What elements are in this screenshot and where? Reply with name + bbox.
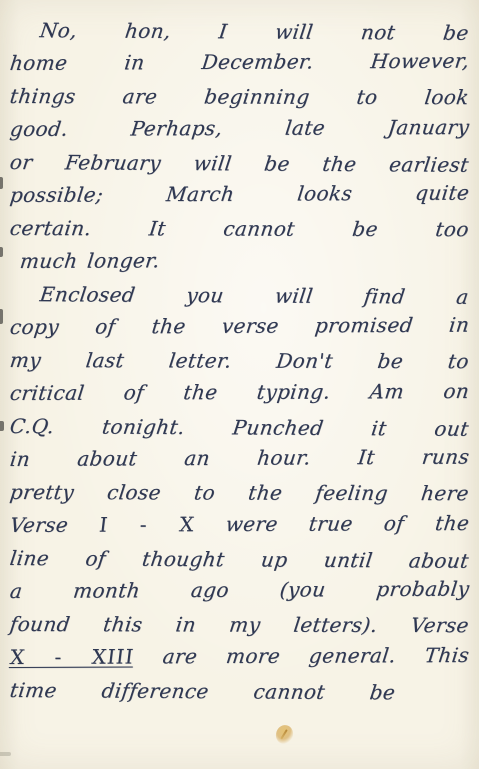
handwriting-text: home in December. However, (9, 49, 471, 75)
scan-edge-artifact (0, 247, 3, 257)
verse-range-underlined: X - XIII (9, 644, 136, 669)
handwriting-line: a month ago (you probably (8, 573, 471, 608)
scan-edge-artifact (0, 752, 11, 756)
handwriting-line: home in December. However, (8, 45, 471, 80)
stain-mark (273, 723, 295, 746)
verse-range: I - X (98, 512, 196, 536)
handwriting-text: a month ago (you probably (9, 577, 471, 603)
handwriting-text: my last letter. Don't be to (9, 348, 471, 373)
handwriting-line: my last letter. Don't be to (8, 344, 471, 378)
handwriting-text: found this in my letters). Verse (9, 612, 471, 637)
letter-page: No, hon, I will not be home in December.… (0, 0, 479, 769)
scan-edge-artifact (0, 421, 4, 431)
handwriting-text: time difference cannot be (9, 678, 397, 704)
handwriting-line: time difference cannot be (8, 674, 398, 709)
handwriting-line: critical of the typing. Am on (8, 375, 471, 410)
handwriting-text: are more general. This (133, 643, 471, 668)
handwriting-line: Verse I - X were true of the (8, 507, 471, 542)
handwriting-text: in about an hour. It runs (9, 445, 471, 471)
handwriting-text: C.Q. tonight. Punched it out (9, 414, 471, 441)
handwriting-line: certain. It cannot be too (8, 212, 471, 246)
handwriting-text: possible; March looks quite (9, 181, 471, 207)
handwriting-line: good. Perhaps, late January (8, 111, 471, 146)
handwriting-text: Enclosed you will find a (38, 282, 470, 309)
handwriting-text: line of thought up until about (9, 546, 471, 573)
handwriting-line: X - XIII are more general. This (8, 639, 471, 674)
scan-edge-artifact (0, 309, 3, 324)
handwriting-text: pretty close to the feeling here (9, 480, 471, 505)
handwriting-line: copy of the verse promised in (8, 309, 471, 344)
handwriting-line: found this in my letters). Verse (8, 608, 471, 642)
handwriting-text: copy of the verse promised in (9, 313, 471, 339)
handwriting-text: much longer. (19, 248, 162, 273)
scan-edge-artifact (0, 177, 3, 189)
handwriting-text: critical of the typing. Am on (9, 379, 471, 405)
handwriting-text: or February will be the earliest (9, 150, 471, 177)
handwriting-text: things are beginning to look (9, 84, 471, 109)
handwriting-text: Verse (9, 513, 101, 537)
handwriting-text: were true of the (193, 511, 470, 536)
handwriting-text: No, hon, I will not be (38, 18, 470, 45)
handwriting-line: in about an hour. It runs (8, 441, 471, 476)
handwriting-text: good. Perhaps, late January (9, 115, 471, 141)
handwriting-line: possible; March looks quite (8, 177, 471, 212)
handwriting-line: pretty close to the feeling here (8, 476, 471, 510)
handwriting-line: things are beginning to look (8, 80, 471, 114)
handwriting-text: certain. It cannot be too (9, 216, 471, 241)
handwriting-line: much longer. (8, 243, 471, 278)
